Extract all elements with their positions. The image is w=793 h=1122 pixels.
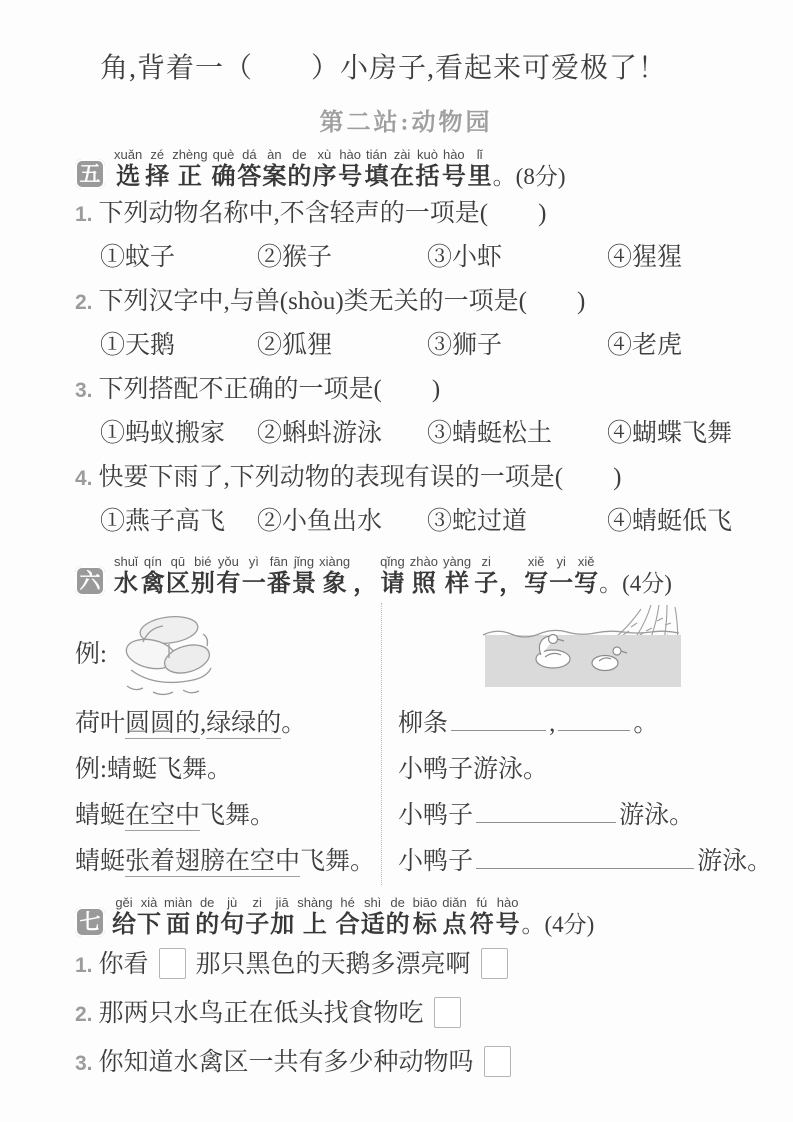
option-item: ①蚂蚁搬家 — [100, 412, 257, 456]
ruby-unit: kuò括 — [415, 148, 440, 192]
hanzi-text: 案 — [262, 162, 286, 192]
hanzi-text: 样 — [441, 569, 473, 599]
ruby-unit: què确 — [211, 148, 237, 192]
text-run: 柳条 — [398, 710, 448, 737]
lotus-rocks-illustration — [113, 604, 225, 700]
ruby-unit: xù序 — [312, 148, 336, 192]
question-text: 下列搭配不正确的一项是( ) — [99, 376, 441, 403]
hanzi-text: 点 — [440, 910, 469, 940]
hanzi-text: 标 — [411, 910, 440, 940]
punctuation-question-row: 2.那两只水鸟正在低头找食物吃 — [75, 989, 737, 1038]
hanzi-text: 一 — [242, 569, 266, 599]
options-row: ①燕子高飞②小鱼出水③蛇过道④蜻蜓低飞 — [100, 500, 737, 544]
punctuation-question-row: 3.你知道水禽区一共有多少种动物吗 — [75, 1038, 737, 1087]
hanzi-text: 水 — [112, 569, 140, 599]
pinyin-text: qín — [141, 555, 165, 569]
ruby-unit: qū区 — [166, 555, 190, 599]
question-row: 4.快要下雨了,下列动物的表现有误的一项是( ) — [75, 456, 737, 500]
pinyin-text: shàng — [295, 896, 334, 910]
ruby-unit: yàng样 — [441, 555, 473, 599]
option-item: ③狮子 — [427, 324, 607, 368]
text-run: 游泳。 — [697, 848, 772, 875]
ruby-unit: zài在 — [390, 148, 414, 192]
underlined-text: 张着翅膀在空中 — [125, 848, 300, 877]
ruby-unit: hào号 — [337, 148, 363, 192]
hanzi-text: 象 — [317, 569, 352, 599]
text-run: 飞舞。 — [300, 848, 375, 875]
pinyin-text: hé — [336, 896, 360, 910]
hanzi-text: 子 — [474, 569, 498, 599]
pinyin-text: xià — [137, 896, 161, 910]
pinyin-text: zhèng — [170, 148, 209, 162]
ruby-unit: xià下 — [137, 896, 161, 940]
section-five-header: 五 xuǎn选zé择zhèng正què确dá答àn案de的xù序hào号tián… — [75, 148, 737, 192]
question-text: 下列汉字中,与兽(shòu)类无关的一项是( ) — [99, 288, 586, 315]
text-run: 那两只水鸟正在低头找食物吃 — [99, 1000, 424, 1027]
ruby-unit: de的 — [386, 896, 410, 940]
ruby-unit: jiā加 — [270, 896, 294, 940]
pinyin-text: miàn — [162, 896, 194, 910]
pinyin-text: tián — [364, 148, 389, 162]
options-row: ①蚂蚁搬家②蝌蚪游泳③蜻蜓松土④蝴蝶飞舞 — [100, 412, 737, 456]
text-run: 那只黑色的天鹅多漂亮啊 — [196, 951, 471, 978]
pinyin-text: fú — [470, 896, 494, 910]
option-item: ①蚊子 — [100, 236, 257, 280]
option-item: ②蝌蚪游泳 — [257, 412, 427, 456]
section-six-score: 。(4分) — [599, 569, 672, 599]
ruby-unit: yì一 — [242, 555, 266, 599]
hanzi-text: 序 — [312, 162, 336, 192]
pinyin-text: de — [386, 896, 410, 910]
hanzi-text: 选 — [112, 162, 144, 192]
hanzi-text: 番 — [267, 569, 291, 599]
ruby-unit: xiàng象 — [317, 555, 352, 599]
answer-blank — [558, 706, 630, 731]
option-item: ④猩猩 — [607, 236, 682, 280]
hanzi-text: 上 — [295, 910, 334, 940]
hanzi-text: 写 — [574, 569, 598, 599]
question-text: 下列动物名称中,不含轻声的一项是( ) — [99, 200, 547, 227]
example-sentence: 荷叶圆圆的,绿绿的。 — [75, 701, 375, 747]
answer-illustration-row — [398, 603, 772, 701]
option-item: ④蝴蝶飞舞 — [607, 412, 732, 456]
ruby-unit: tián填 — [364, 148, 389, 192]
question-number: 1. — [75, 954, 93, 977]
pinyin-text: àn — [262, 148, 286, 162]
fill-in-sentence: 小鸭子游泳。 — [398, 839, 772, 885]
text-run: 。 — [281, 710, 306, 737]
punctuation-question-row: 1.你看那只黑色的天鹅多漂亮啊 — [75, 940, 737, 989]
pinyin-text: bié — [191, 555, 215, 569]
ruby-unit: bié别 — [191, 555, 215, 599]
pinyin-text: xiě — [574, 555, 598, 569]
hanzi-text: 的 — [287, 162, 311, 192]
pinyin-text: yi — [549, 555, 573, 569]
option-item: ④蜻蜓低飞 — [607, 500, 732, 544]
ruby-unit: shàng上 — [295, 896, 334, 940]
ruby-unit: yi一 — [549, 555, 573, 599]
ruby-unit: hào号 — [441, 148, 467, 192]
section-five: 五 xuǎn选zé择zhèng正què确dá答àn案de的xù序hào号tián… — [75, 148, 737, 544]
hanzi-text: 给 — [112, 910, 136, 940]
question-number: 3. — [75, 379, 93, 402]
hanzi-text: 别 — [191, 569, 215, 599]
example-column: 例: 荷叶圆圆的,绿绿的。例: — [75, 603, 382, 885]
hanzi-text: 下 — [137, 910, 161, 940]
pinyin-text: qū — [166, 555, 190, 569]
pinyin-text: zi — [474, 555, 498, 569]
pinyin-text: dá — [237, 148, 261, 162]
option-item: ④老虎 — [607, 324, 682, 368]
ruby-unit: de的 — [287, 148, 311, 192]
section-six-title: shuǐ水qín禽qū区bié别yǒu有yì一fān番jǐng景xiàng象，q… — [112, 555, 599, 599]
question-number: 4. — [75, 467, 93, 490]
ruby-unit: dá答 — [237, 148, 261, 192]
ruby-unit: biāo标 — [411, 896, 440, 940]
pinyin-text: zài — [390, 148, 414, 162]
section-seven-header: 七 gěi给xià下miàn面de的jù句zi子jiā加shàng上hé合shì… — [75, 896, 737, 940]
pinyin-text: de — [287, 148, 311, 162]
hanzi-text: 面 — [162, 910, 194, 940]
hanzi-text: 的 — [195, 910, 219, 940]
question-text: 快要下雨了,下列动物的表现有误的一项是( ) — [99, 464, 622, 491]
section-five-title: xuǎn选zé择zhèng正què确dá答àn案de的xù序hào号tián填z… — [112, 148, 493, 192]
hanzi-text: 有 — [216, 569, 241, 599]
pinyin-text: kuò — [415, 148, 440, 162]
ruby-unit: lǐ里 — [468, 148, 492, 192]
section-five-score: 。(8分) — [493, 162, 566, 192]
question-number: 1. — [75, 203, 93, 226]
question-row: 2.下列汉字中,与兽(shòu)类无关的一项是( ) — [75, 280, 737, 324]
hanzi-text: 写 — [524, 569, 548, 599]
pinyin-text: xuǎn — [112, 148, 144, 162]
text-run: , — [549, 710, 555, 737]
hanzi-text: 的 — [386, 910, 410, 940]
section-six-badge-icon: 六 — [75, 566, 105, 596]
pinyin-text: fān — [267, 555, 291, 569]
ruby-unit: fú符 — [470, 896, 494, 940]
text-run: 小鸭子游泳。 — [398, 756, 548, 783]
ruby-unit: ， — [499, 555, 523, 599]
example-sentences: 荷叶圆圆的,绿绿的。例:蜻蜓飞舞。蜻蜓在空中飞舞。蜻蜓张着翅膀在空中飞舞。 — [75, 701, 375, 885]
pinyin-text: qǐng — [378, 555, 407, 569]
hanzi-text: 适 — [361, 910, 385, 940]
section-seven-questions: 1.你看那只黑色的天鹅多漂亮啊2.那两只水鸟正在低头找食物吃3.你知道水禽区一共… — [75, 940, 737, 1087]
hanzi-text: 号 — [495, 910, 521, 940]
answer-blank — [476, 798, 616, 823]
fill-in-sentence: 柳条,。 — [398, 701, 772, 747]
hanzi-text: 括 — [415, 162, 440, 192]
ruby-unit: xiě写 — [574, 555, 598, 599]
fill-in-sentence: 小鸭子游泳。 — [398, 793, 772, 839]
ruby-unit: qín禽 — [141, 555, 165, 599]
ruby-unit: shuǐ水 — [112, 555, 140, 599]
pinyin-text: shì — [361, 896, 385, 910]
ruby-unit: de的 — [195, 896, 219, 940]
answer-sentences: 柳条,。小鸭子游泳。小鸭子游泳。小鸭子游泳。 — [398, 701, 772, 885]
pinyin-text: jiā — [270, 896, 294, 910]
text-run: 例:蜻蜓飞舞。 — [75, 756, 232, 783]
option-item: ③小虾 — [427, 236, 607, 280]
example-label: 例: — [75, 634, 107, 670]
option-item: ②猴子 — [257, 236, 427, 280]
pinyin-text: jǐng — [292, 555, 316, 569]
punctuation-box — [159, 948, 186, 979]
hanzi-text: 子 — [245, 910, 269, 940]
question-number: 3. — [75, 1052, 93, 1075]
option-item: ③蛇过道 — [427, 500, 607, 544]
ruby-unit: àn案 — [262, 148, 286, 192]
ruby-unit: yǒu有 — [216, 555, 241, 599]
pinyin-text: yǒu — [216, 555, 241, 569]
hanzi-text: 景 — [292, 569, 316, 599]
hanzi-text: 符 — [470, 910, 494, 940]
hanzi-text: 区 — [166, 569, 190, 599]
text-run: 荷叶 — [75, 710, 125, 737]
pinyin-text: xiě — [524, 555, 548, 569]
ruby-unit: zhèng正 — [170, 148, 209, 192]
pinyin-text: hào — [337, 148, 363, 162]
hanzi-text: 在 — [390, 162, 414, 192]
option-item: ③蜻蜓松土 — [427, 412, 607, 456]
ruby-unit: zé择 — [145, 148, 169, 192]
pinyin-text: zi — [245, 896, 269, 910]
text-run: 蜻蜓 — [75, 848, 125, 875]
ruby-unit: xiě写 — [524, 555, 548, 599]
ruby-unit: jǐng景 — [292, 555, 316, 599]
pinyin-text: zé — [145, 148, 169, 162]
punctuation-box — [481, 948, 508, 979]
hanzi-text: 一 — [549, 569, 573, 599]
pinyin-text: yàng — [441, 555, 473, 569]
hanzi-text: 照 — [408, 569, 440, 599]
pinyin-text: de — [195, 896, 219, 910]
worksheet-page: 角,背着一（ ）小房子,看起来可爱极了！ 第二站:动物园 五 xuǎn选zé择z… — [0, 0, 793, 1122]
pinyin-text: zhào — [408, 555, 440, 569]
section-five-badge-icon: 五 — [75, 159, 105, 189]
ruby-unit: diǎn点 — [440, 896, 469, 940]
text-run: 小鸭子 — [398, 802, 473, 829]
section-six: 六 shuǐ水qín禽qū区bié别yǒu有yì一fān番jǐng景xiàng象… — [75, 555, 737, 885]
example-sentence: 例:蜻蜓飞舞。 — [75, 747, 375, 793]
answer-blank — [451, 706, 546, 731]
question-number: 2. — [75, 1003, 93, 1026]
hanzi-text: ， — [353, 569, 377, 599]
hanzi-text: 确 — [211, 162, 237, 192]
hanzi-text: 正 — [170, 162, 209, 192]
hanzi-text: 填 — [364, 162, 389, 192]
hanzi-text: ， — [499, 569, 523, 599]
pinyin-text: gěi — [112, 896, 136, 910]
section-seven: 七 gěi给xià下miàn面de的jù句zi子jiā加shàng上hé合shì… — [75, 896, 737, 1087]
ruby-unit: zi子 — [474, 555, 498, 599]
text-run: 你看 — [99, 951, 149, 978]
ruby-unit: gěi给 — [112, 896, 136, 940]
example-table: 例: 荷叶圆圆的,绿绿的。例: — [75, 603, 737, 885]
section-seven-title: gěi给xià下miàn面de的jù句zi子jiā加shàng上hé合shì适d… — [112, 896, 521, 940]
example-sentence: 蜻蜓张着翅膀在空中飞舞。 — [75, 839, 375, 885]
text-run: 小鸭子 — [398, 848, 473, 875]
hanzi-text: 里 — [468, 162, 492, 192]
section-six-header: 六 shuǐ水qín禽qū区bié别yǒu有yì一fān番jǐng景xiàng象… — [75, 555, 737, 599]
pinyin-text: biāo — [411, 896, 440, 910]
intro-line: 角,背着一（ ）小房子,看起来可爱极了！ — [100, 50, 737, 88]
option-item: ②狐狸 — [257, 324, 427, 368]
section-seven-badge-icon: 七 — [75, 907, 105, 937]
pinyin-text: jù — [220, 896, 244, 910]
ruby-unit: shì适 — [361, 896, 385, 940]
pinyin-text: xù — [312, 148, 336, 162]
fill-in-sentence: 小鸭子游泳。 — [398, 747, 772, 793]
pinyin-text: què — [211, 148, 237, 162]
ruby-unit: hé合 — [336, 896, 360, 940]
section-five-questions: 1.下列动物名称中,不含轻声的一项是( )①蚊子②猴子③小虾④猩猩2.下列汉字中… — [75, 192, 737, 544]
question-row: 1.下列动物名称中,不含轻声的一项是( ) — [75, 192, 737, 236]
pinyin-text: xiàng — [317, 555, 352, 569]
pinyin-text: lǐ — [468, 148, 492, 162]
option-item: ①燕子高飞 — [100, 500, 257, 544]
pinyin-text — [499, 555, 523, 569]
hanzi-text: 答 — [237, 162, 261, 192]
pinyin-text: yì — [242, 555, 266, 569]
example-illustration-row: 例: — [75, 603, 375, 701]
underlined-text: 在空中 — [125, 802, 200, 831]
options-row: ①天鹅②狐狸③狮子④老虎 — [100, 324, 737, 368]
option-item: ①天鹅 — [100, 324, 257, 368]
text-run: 蜻蜓 — [75, 802, 125, 829]
ruby-unit: ， — [353, 555, 377, 599]
options-row: ①蚊子②猴子③小虾④猩猩 — [100, 236, 737, 280]
underlined-text: 圆圆的 — [125, 710, 200, 739]
hanzi-text: 加 — [270, 910, 294, 940]
underlined-text: 绿绿的 — [206, 710, 281, 739]
ruby-unit: miàn面 — [162, 896, 194, 940]
lotus-leaves — [124, 614, 213, 695]
hanzi-text: 号 — [441, 162, 467, 192]
station-header: 第二站:动物园 — [75, 102, 737, 137]
hanzi-text: 禽 — [141, 569, 165, 599]
ruby-unit: qǐng请 — [378, 555, 407, 599]
hanzi-text: 号 — [337, 162, 363, 192]
example-sentence: 蜻蜓在空中飞舞。 — [75, 793, 375, 839]
ruby-unit: zhào照 — [408, 555, 440, 599]
text-run: 游泳。 — [619, 802, 694, 829]
hanzi-text: 句 — [220, 910, 244, 940]
hanzi-text: 择 — [145, 162, 169, 192]
pond-water — [483, 630, 681, 687]
pinyin-text: shuǐ — [112, 555, 140, 569]
pinyin-text: hào — [495, 896, 521, 910]
ruby-unit: xuǎn选 — [112, 148, 144, 192]
answer-blank — [476, 844, 694, 869]
pinyin-text: hào — [441, 148, 467, 162]
option-item: ②小鱼出水 — [257, 500, 427, 544]
question-number: 2. — [75, 291, 93, 314]
ducks-pond-illustration — [481, 603, 689, 699]
answer-column: 柳条,。小鸭子游泳。小鸭子游泳。小鸭子游泳。 — [382, 603, 772, 885]
pinyin-text — [353, 555, 377, 569]
section-seven-score: 。(4分) — [521, 910, 594, 940]
text-run: 飞舞。 — [200, 802, 275, 829]
text-run: 你知道水禽区一共有多少种动物吗 — [99, 1049, 474, 1076]
punctuation-box — [434, 997, 461, 1028]
ruby-unit: jù句 — [220, 896, 244, 940]
text-run: 。 — [633, 710, 658, 737]
punctuation-box — [484, 1046, 511, 1077]
hanzi-text: 合 — [336, 910, 360, 940]
ruby-unit: fān番 — [267, 555, 291, 599]
ruby-unit: hào号 — [495, 896, 521, 940]
pinyin-text: diǎn — [440, 896, 469, 910]
hanzi-text: 请 — [378, 569, 407, 599]
question-row: 3.下列搭配不正确的一项是( ) — [75, 368, 737, 412]
ruby-unit: zi子 — [245, 896, 269, 940]
